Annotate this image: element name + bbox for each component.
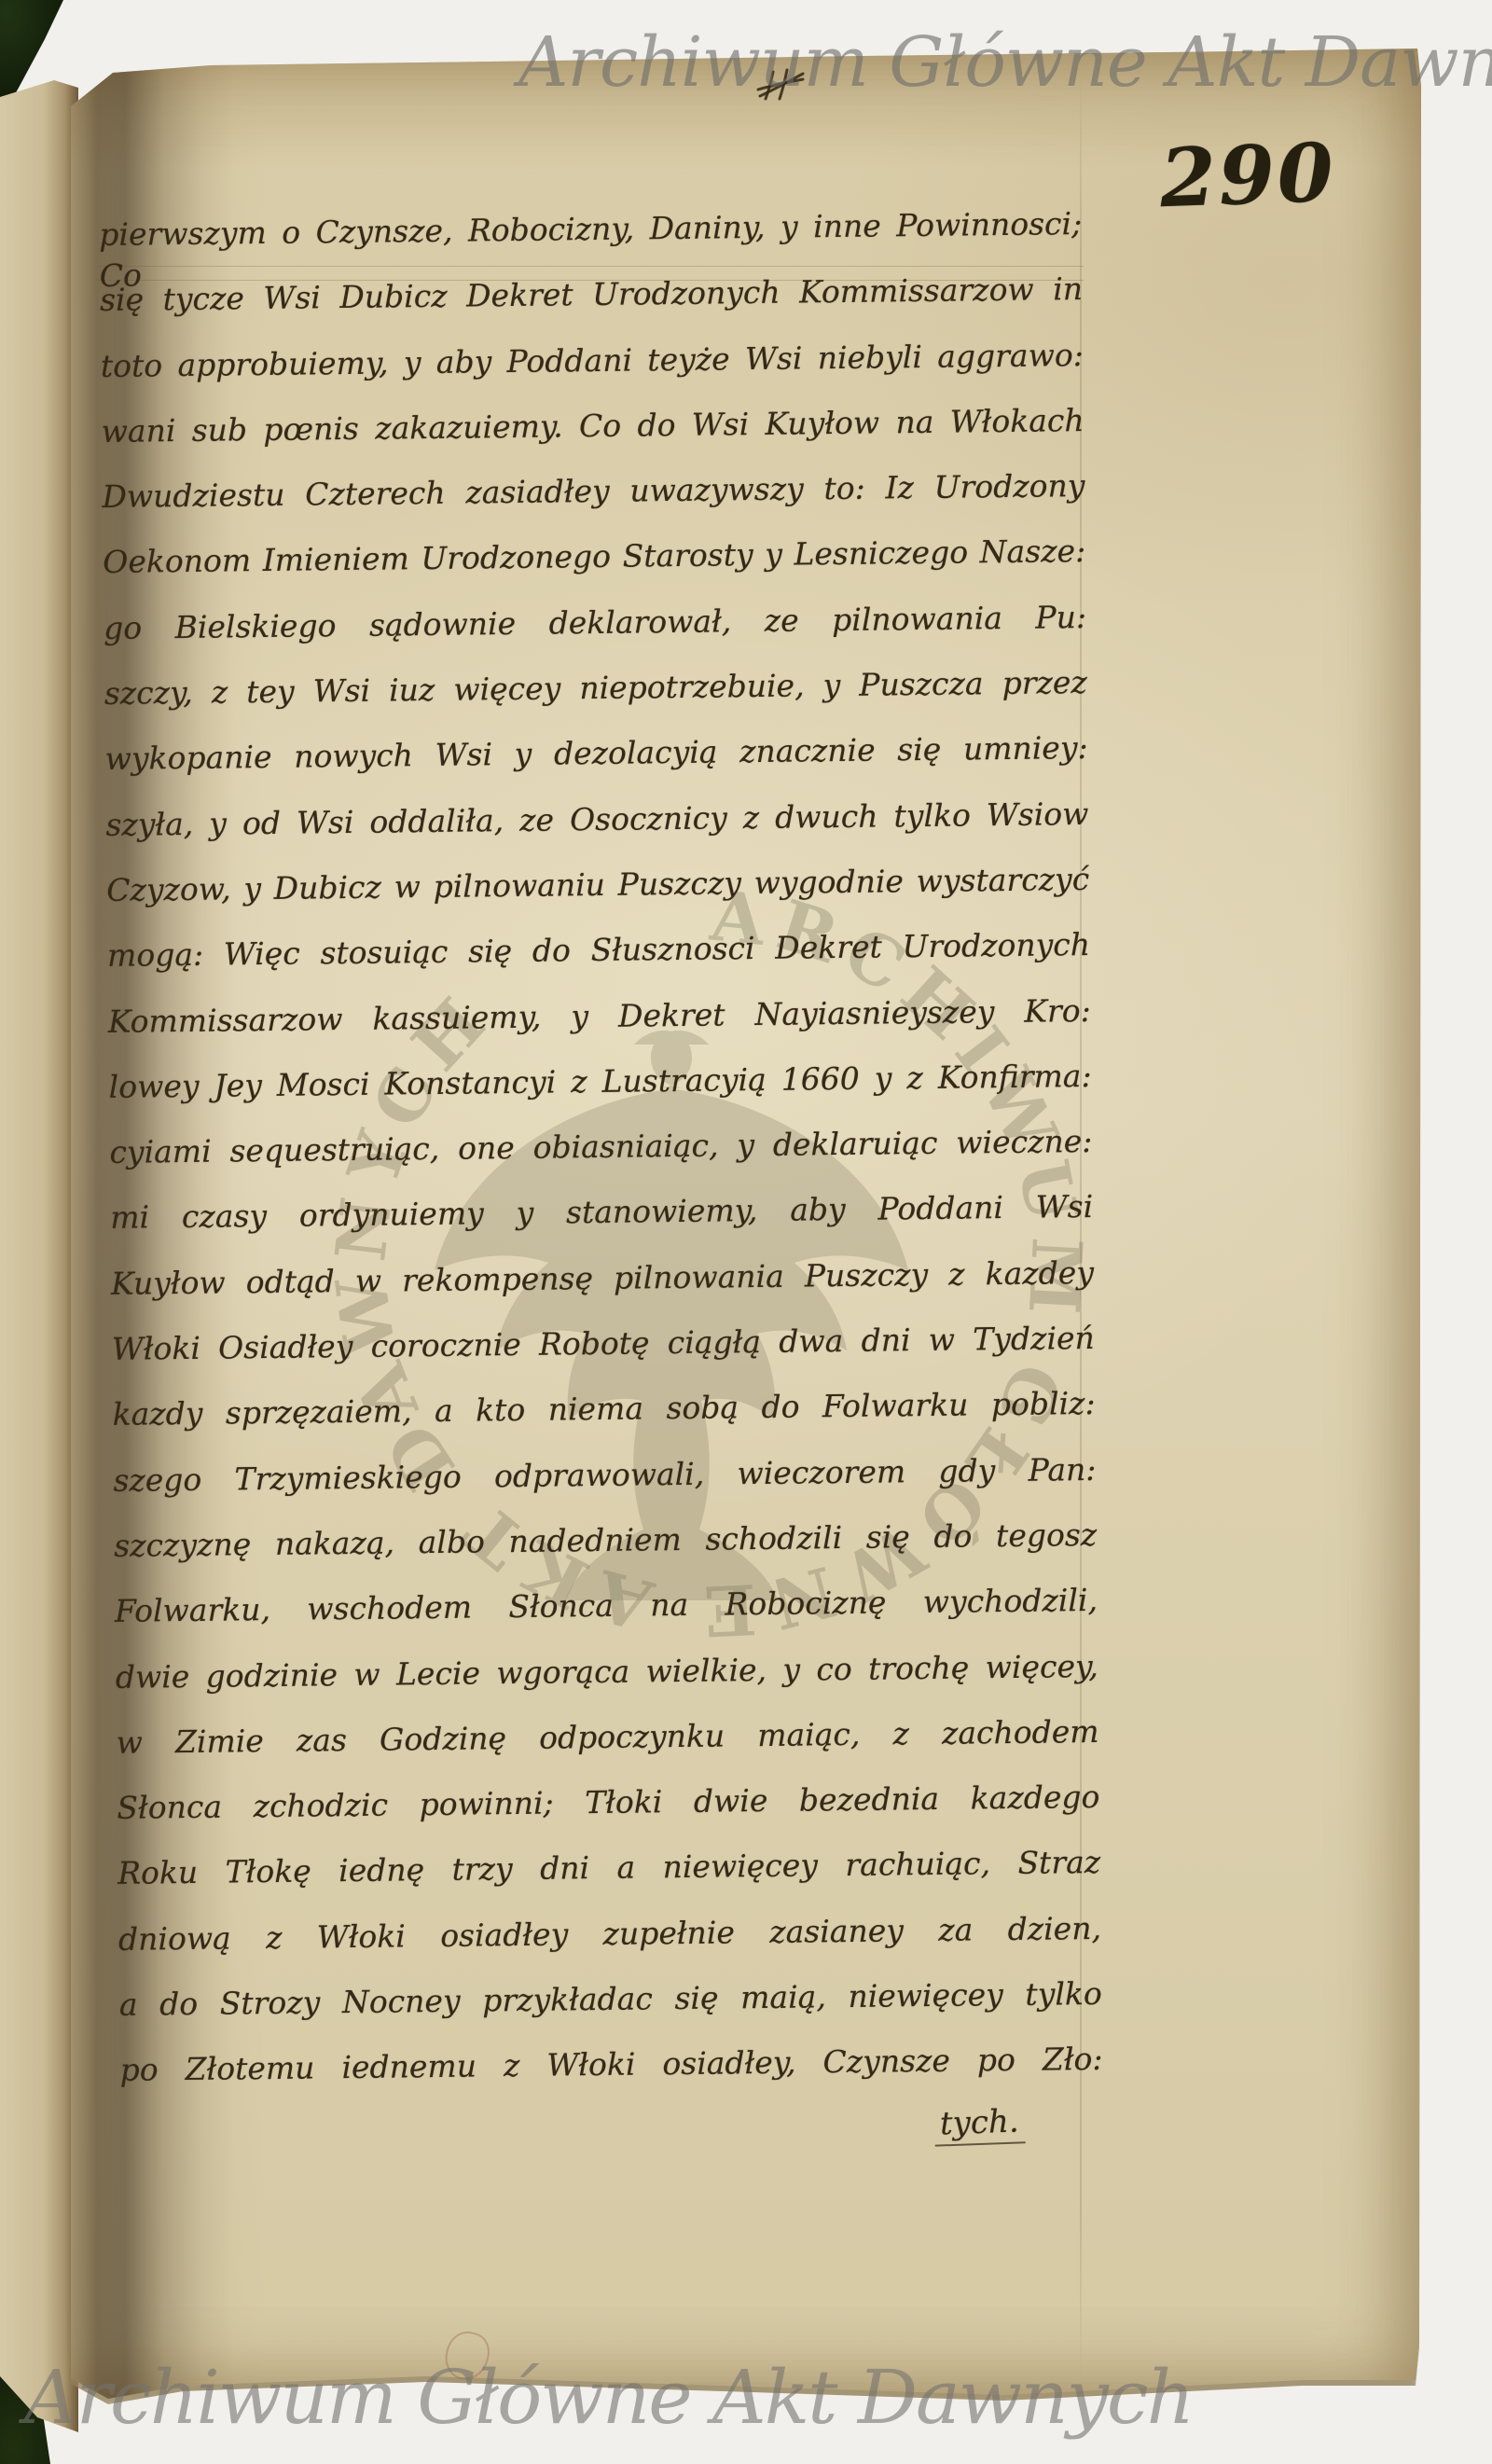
manuscript-line: mi czasy ordynuiemy y stanowiemy, aby Po… bbox=[110, 1186, 1094, 1263]
manuscript-line: szczy, z tey Wsi iuz więcey niepotrzebui… bbox=[104, 662, 1088, 739]
manuscript-line: Dwudziestu Czterech zasiadłey uwazywszy … bbox=[102, 465, 1085, 542]
manuscript-line: kazdy sprzęzaiem, a kto niema sobą do Fo… bbox=[112, 1383, 1096, 1460]
manuscript-line: wykopanie nowych Wsi y dezolacyią znaczn… bbox=[104, 727, 1088, 804]
previous-page-edge bbox=[0, 80, 78, 2432]
manuscript-line: go Bielskiego sądownie deklarował, ze pi… bbox=[104, 597, 1087, 673]
manuscript-line: Włoki Osiadłey corocznie Robotę ciągłą d… bbox=[112, 1318, 1096, 1394]
manuscript-line: mogą: Więc stosuiąc się do Słusznosci De… bbox=[107, 924, 1091, 1001]
manuscript-line: Roku Tłokę iednę trzy dni a niewięcey ra… bbox=[117, 1842, 1101, 1918]
manuscript-line: Folwarku, wschodem Słonca na Robociznę w… bbox=[115, 1580, 1098, 1656]
manuscript-line: się tycze Wsi Dubicz Dekret Urodzonych K… bbox=[100, 269, 1084, 345]
manuscript-line: Kommissarzow kassuiemy, y Dekret Nayiasn… bbox=[108, 990, 1092, 1067]
manuscript-line: a do Strozy Nocney przykładac się maią, … bbox=[119, 1973, 1103, 2050]
manuscript-line: cyiami sequestruiąc, one obiasniaiąc, y … bbox=[109, 1121, 1093, 1197]
manuscript-lines: pierwszym o Czynsze, Robocizny, Daniny, … bbox=[99, 203, 1103, 2115]
manuscript-line: Oekonom Imieniem Urodzonego Starosty y L… bbox=[103, 531, 1086, 607]
manuscript-line: szczyznę nakazą, albo nadedniem schodzil… bbox=[114, 1515, 1098, 1591]
manuscript-line: dniową z Włoki osiadłey zupełnie zasiane… bbox=[118, 1908, 1102, 1985]
manuscript-line: lowey Jey Mosci Konstancyi z Lustracyią … bbox=[108, 1056, 1092, 1132]
manuscript-line: toto approbuiemy, y aby Poddani teyże Ws… bbox=[101, 335, 1084, 411]
catchword: tych. bbox=[933, 2102, 1025, 2146]
watermark-top: Archiwum Główne Akt Dawnych bbox=[518, 22, 1492, 103]
manuscript-line: pierwszym o Czynsze, Robocizny, Daniny, … bbox=[99, 203, 1083, 280]
scan-background: ARCHIWUM GŁÓWNE AKT DAWNYCH 290 pierwszy… bbox=[0, 0, 1492, 2464]
manuscript-line: dwie godzinie w Lecie wgorąca wielkie, y… bbox=[116, 1645, 1099, 1722]
manuscript-line: szyła, y od Wsi oddaliła, ze Osocznicy z… bbox=[105, 794, 1089, 870]
manuscript-line: szego Trzymieskiego odprawowali, wieczor… bbox=[113, 1449, 1097, 1526]
manuscript-line: Kuyłow odtąd w rekompensę pilnowania Pus… bbox=[111, 1253, 1095, 1329]
page-number: 290 bbox=[1158, 126, 1337, 227]
manuscript-line: wani sub pœnis zakazuiemy. Co do Wsi Kuy… bbox=[101, 400, 1084, 477]
manuscript-line: Czyzow, y Dubicz w pilnowaniu Puszczy wy… bbox=[106, 859, 1090, 935]
watermark-bottom: Archiwum Główne Akt Dawnych bbox=[24, 2354, 1193, 2441]
manuscript-line: w Zimie zas Godzinę odpoczynku maiąc, z … bbox=[116, 1711, 1099, 1788]
manuscript-line: Słonca zchodzic powinni; Tłoki dwie beze… bbox=[117, 1777, 1100, 1853]
